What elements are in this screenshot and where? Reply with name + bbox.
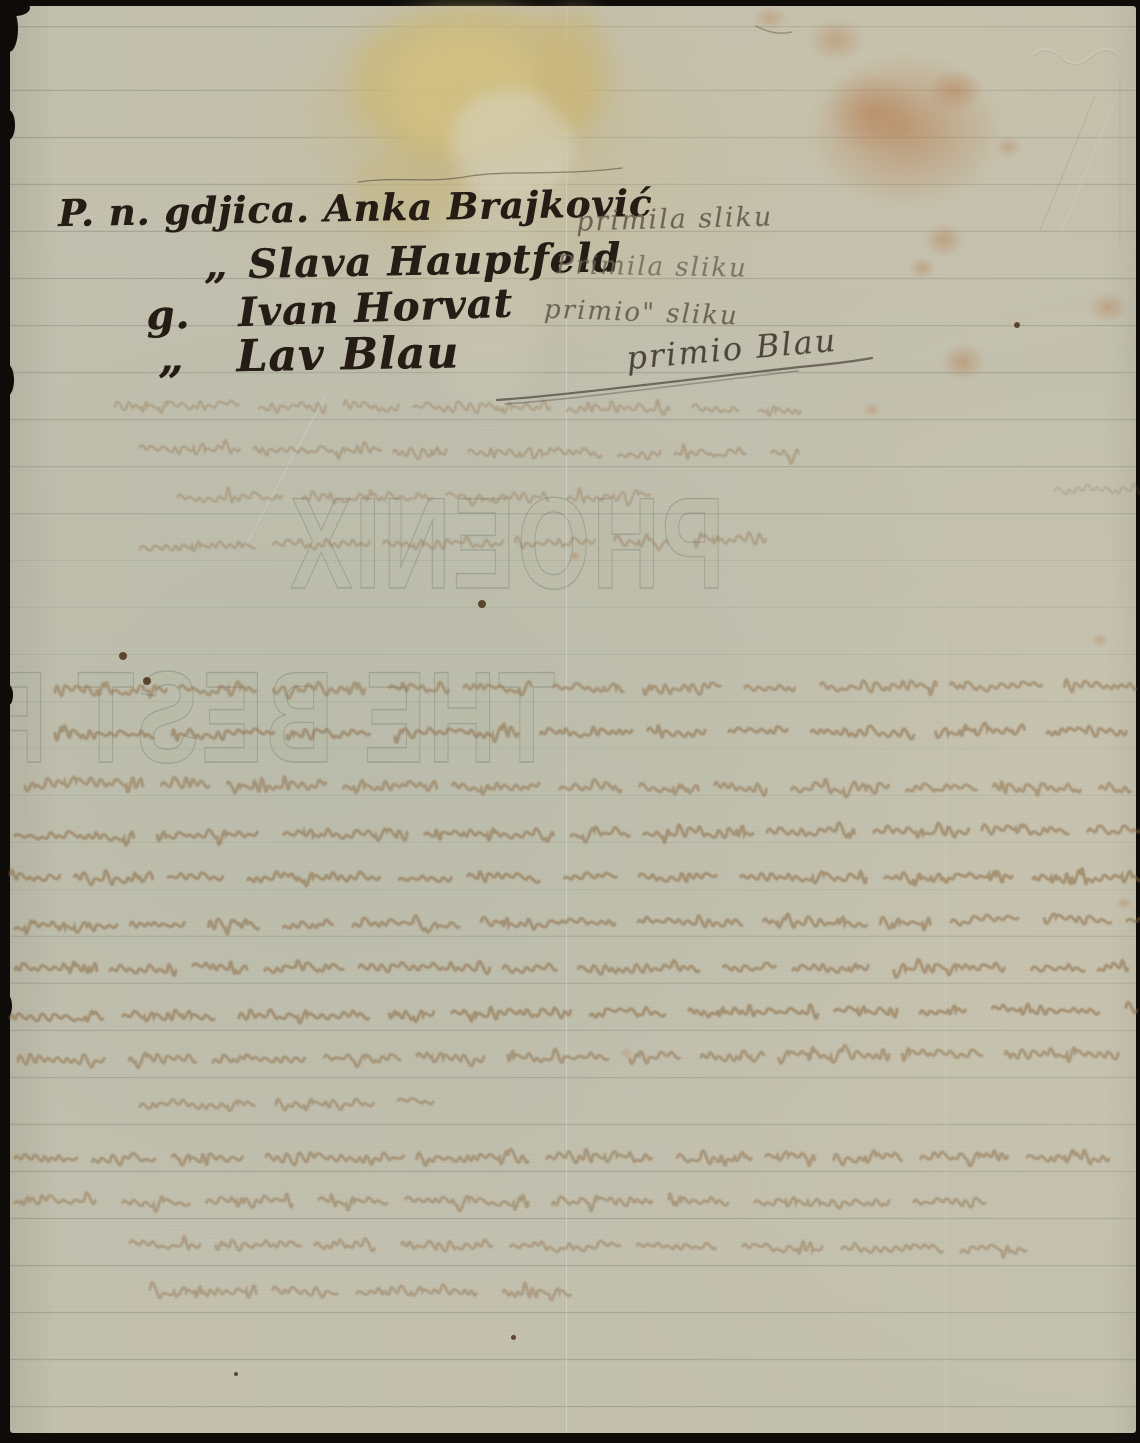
paper-edge-notches	[0, 0, 1140, 1443]
edge-notch	[0, 0, 30, 16]
edge-notch	[0, 6, 18, 52]
edge-notch	[1, 994, 12, 1018]
edge-notch	[0, 364, 14, 396]
scanned-document: PHOENIX THE BEST PAPER P. n. gdjica.Anka…	[0, 0, 1140, 1443]
edge-notch	[2, 110, 15, 140]
edge-notch	[0, 1318, 9, 1338]
edge-notch	[2, 684, 13, 706]
